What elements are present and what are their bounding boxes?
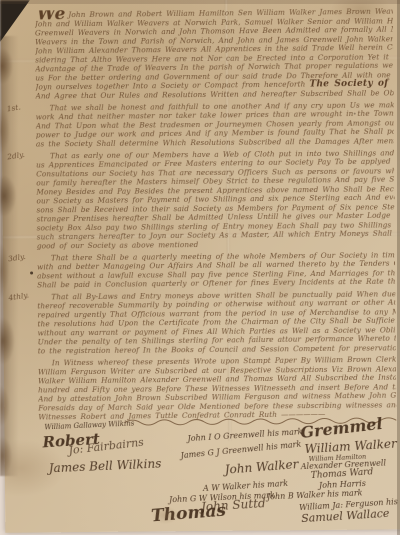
script-line: to the registration hereof In the Books … — [38, 343, 396, 355]
signature-center: James G J Greenwell his mark — [180, 440, 301, 461]
script-line: as the Society Shall determine Which Res… — [36, 136, 394, 148]
ink-speck — [30, 271, 33, 274]
parchment-sheet: WeJohn Brown and Robert William Hamilton… — [1, 0, 400, 533]
manuscript-lines: WeJohn Brown and Robert William Hamilton… — [35, 7, 397, 424]
signature-center: A W Walker his mark — [203, 479, 289, 493]
signature-center: John Walker — [224, 457, 299, 477]
marginal-clause-number: 4thly. — [8, 290, 35, 303]
script-line: good of our Society as above mentioned — [37, 238, 395, 250]
marginal-clause-number: 3dly. — [7, 251, 34, 264]
script-line: And Agree that Our Rules and Resolutions… — [36, 88, 394, 100]
paragraph: 2dly.That as early one of our Members ha… — [36, 148, 395, 250]
paragraph: 4thly.That all By-Laws and Entry moneys … — [37, 289, 396, 355]
marginal-clause-number: 1st. — [6, 101, 33, 114]
paragraph: WeJohn Brown and Robert William Hamilton… — [35, 7, 394, 100]
paragraph: 1st.That we shall be honest and faithful… — [36, 100, 394, 148]
paragraph: In Witness whereof these presents Wrote … — [38, 355, 397, 421]
ink-speck — [354, 113, 356, 115]
signature-center: Thomas — [150, 501, 226, 527]
paragraph: 3dly.That there Shall be a quarterly mee… — [37, 250, 395, 289]
scanned-document-photo: WeJohn Brown and Robert William Hamilton… — [0, 0, 400, 535]
signature-left: James Bell Wilkins — [48, 456, 161, 475]
top-edge-shadow — [0, 0, 400, 4]
illuminated-initial: We — [37, 7, 66, 20]
marginal-clause-number: 2dly. — [7, 149, 34, 162]
